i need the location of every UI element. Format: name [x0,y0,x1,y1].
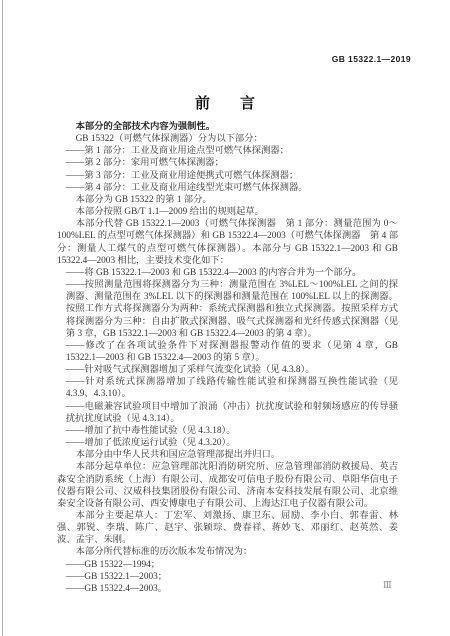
paragraph: ——GB 15322—1994； [57,559,398,571]
paragraph: GB 15322（可燃气体探测器）分为以下部分： [57,133,398,145]
paragraph: ——增加了抗中毒性能试验（见 4.3.18）。 [57,425,398,437]
paragraph: ——GB 15322.4—2003。 [57,583,398,595]
standard-number: GB 15322.1—2019 [332,54,411,64]
paragraph: 本部分所代替标准的历次版本发布情况为： [57,546,398,558]
paragraph: ——第 4 部分：工业及商业用途线型光束可燃气体探测器。 [57,182,398,194]
page-number: Ⅲ [383,580,392,591]
paragraph: ——第 2 部分：家用可燃气体探测器； [57,157,398,169]
paragraph: 本部分为 GB 15322 的第 1 部分。 [57,194,398,206]
paragraph: ——将 GB 15322.1—2003 和 GB 15322.4—2003 的内… [57,267,398,279]
paragraph: ——针对吸气式探测器增加了采样气流变化试验（见 4.3.8）。 [57,364,398,376]
paragraph: ——第 3 部分：工业及商业用途便携式可燃气体探测器； [57,170,398,182]
paragraph: 本部分按照 GB/T 1.1—2009 给出的规则起草。 [57,206,398,218]
paragraph: 本部分由中华人民共和国应急管理部提出并归口。 [57,449,398,461]
document-page: GB 15322.1—2019 前 言 本部分的全部技术内容为强制性。GB 15… [0,0,450,636]
paragraph: 本部分的全部技术内容为强制性。 [57,121,398,133]
paragraph: 本部分主要起草人：丁宏军、刘激扬、康卫东、屈励、李小白、郭春雷、林强、郭锐、李瑞… [57,510,398,546]
paragraph: 本部分起草单位：应急管理部沈阳消防研究所、应急管理部消防救援局、英吉森安全消防系… [57,461,398,510]
paragraph: ——增加了低浓度运行试验（见 4.3.20）。 [57,437,398,449]
paragraph: ——电磁兼容试验项目中增加了浪涌（冲击）抗扰度试验和射频场感应的传导骚扰抗扰度试… [57,401,398,425]
paragraph: ——针对系统式探测器增加了线路传输性能试验和探测器互换性能试验（见 4.3.9、… [57,376,398,400]
paragraph: 本部分代替 GB 15322.1—2003（可燃气体探测器 第 1 部分：测量范… [57,218,398,267]
paragraph: ——GB 15322.1—2003； [57,571,398,583]
paragraph: ——第 1 部分：工业及商业用途点型可燃气体探测器； [57,145,398,157]
paragraph: ——按照测量范围将探测器分为三种：测量范围在 3%LEL～100%LEL 之间的… [57,279,398,340]
page-title: 前 言 [0,92,450,113]
paragraph: ——修改了在各项试验条件下对探测器报警动作值的要求（见第 4 章，GB 1532… [57,340,398,364]
foreword-body: 本部分的全部技术内容为强制性。GB 15322（可燃气体探测器）分为以下部分：—… [57,121,398,595]
